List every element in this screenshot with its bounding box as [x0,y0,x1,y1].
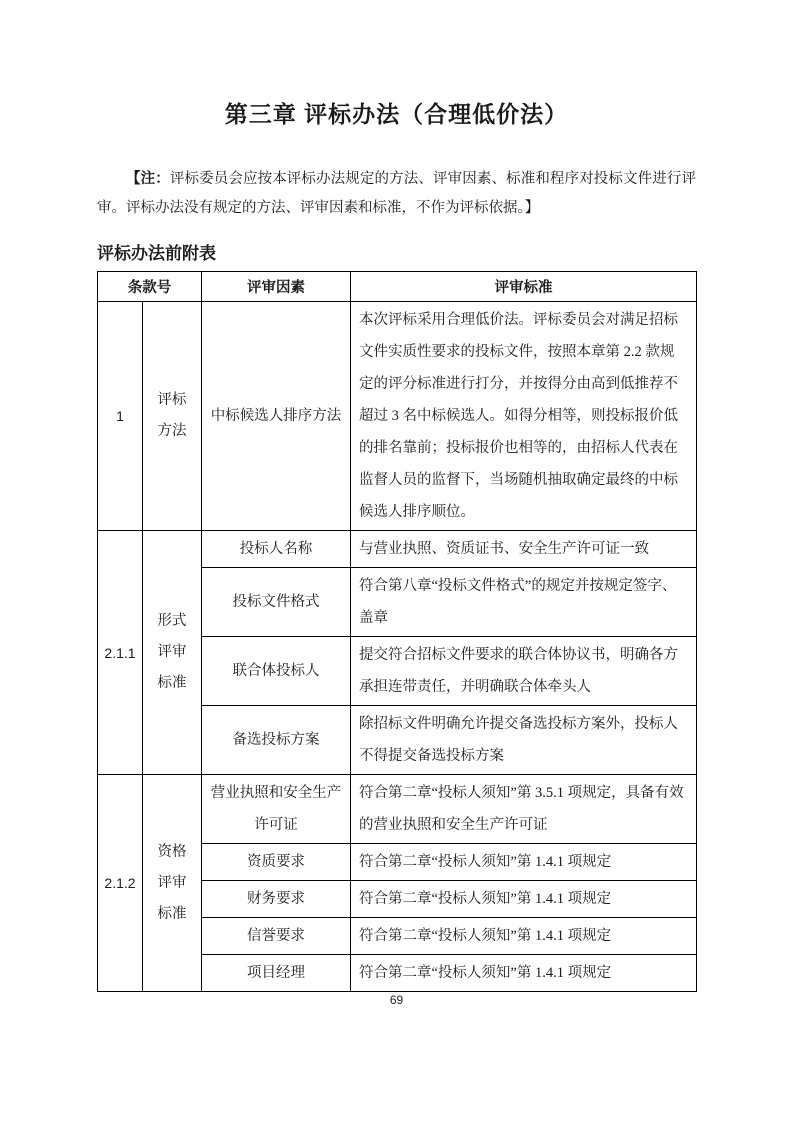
table-header-row: 条款号 评审因素 评审标准 [98,272,697,302]
clause-cell: 1 [98,302,143,531]
category-cell: 资格 评审 标准 [143,775,202,992]
column-header-clause: 条款号 [98,272,202,302]
column-header-factor: 评审因素 [202,272,351,302]
note-paragraph: 【注：评标委员会应按本评标办法规定的方法、评审因素、标准和程序对投标文件进行评审… [97,165,696,223]
evaluation-criteria-table: 条款号 评审因素 评审标准 1 评标 方法 中标候选人排序方法 本次评标采用合理… [97,271,697,992]
page-number: 69 [0,993,793,1007]
page-content: 第三章 评标办法（合理低价法） 【注：评标委员会应按本评标办法规定的方法、评审因… [0,0,793,992]
criteria-cell: 除招标文件明确允许提交备选投标方案外，投标人不得提交备选投标方案 [351,706,697,775]
criteria-cell: 与营业执照、资质证书、安全生产许可证一致 [351,531,697,568]
category-cell: 评标 方法 [143,302,202,531]
factor-cell: 资质要求 [202,844,351,881]
factor-cell: 信誉要求 [202,918,351,955]
clause-cell: 2.1.2 [98,775,143,992]
category-cell: 形式 评审 标准 [143,531,202,775]
factor-cell: 项目经理 [202,955,351,992]
factor-cell: 投标文件格式 [202,568,351,637]
criteria-cell: 符合第二章“投标人须知”第 1.4.1 项规定 [351,881,697,918]
criteria-cell: 符合第八章“投标文件格式”的规定并按规定签字、盖章 [351,568,697,637]
chapter-title: 第三章 评标办法（合理低价法） [97,0,696,129]
criteria-cell: 提交符合招标文件要求的联合体协议书，明确各方承担连带责任，并明确联合体牵头人 [351,637,697,706]
document-page: 第三章 评标办法（合理低价法） 【注：评标委员会应按本评标办法规定的方法、评审因… [0,0,793,1122]
factor-cell: 中标候选人排序方法 [202,302,351,531]
criteria-cell: 符合第二章“投标人须知”第 3.5.1 项规定，具备有效的营业执照和安全生产许可… [351,775,697,844]
clause-cell: 2.1.1 [98,531,143,775]
criteria-cell: 符合第二章“投标人须知”第 1.4.1 项规定 [351,955,697,992]
factor-cell: 营业执照和安全生产许可证 [202,775,351,844]
note-body: 评标委员会应按本评标办法规定的方法、评审因素、标准和程序对投标文件进行评审。评标… [97,171,696,216]
column-header-criteria: 评审标准 [351,272,697,302]
criteria-cell: 符合第二章“投标人须知”第 1.4.1 项规定 [351,844,697,881]
note-prefix: 【注： [126,171,170,187]
factor-cell: 备选投标方案 [202,706,351,775]
table-row: 2.1.2 资格 评审 标准 营业执照和安全生产许可证 符合第二章“投标人须知”… [98,775,697,844]
factor-cell: 联合体投标人 [202,637,351,706]
table-row: 1 评标 方法 中标候选人排序方法 本次评标采用合理低价法。评标委员会对满足招标… [98,302,697,531]
table-row: 2.1.1 形式 评审 标准 投标人名称 与营业执照、资质证书、安全生产许可证一… [98,531,697,568]
factor-cell: 财务要求 [202,881,351,918]
criteria-cell: 符合第二章“投标人须知”第 1.4.1 项规定 [351,918,697,955]
factor-cell: 投标人名称 [202,531,351,568]
table-heading: 评标办法前附表 [97,239,696,264]
criteria-cell: 本次评标采用合理低价法。评标委员会对满足招标文件实质性要求的投标文件，按照本章第… [351,302,697,531]
